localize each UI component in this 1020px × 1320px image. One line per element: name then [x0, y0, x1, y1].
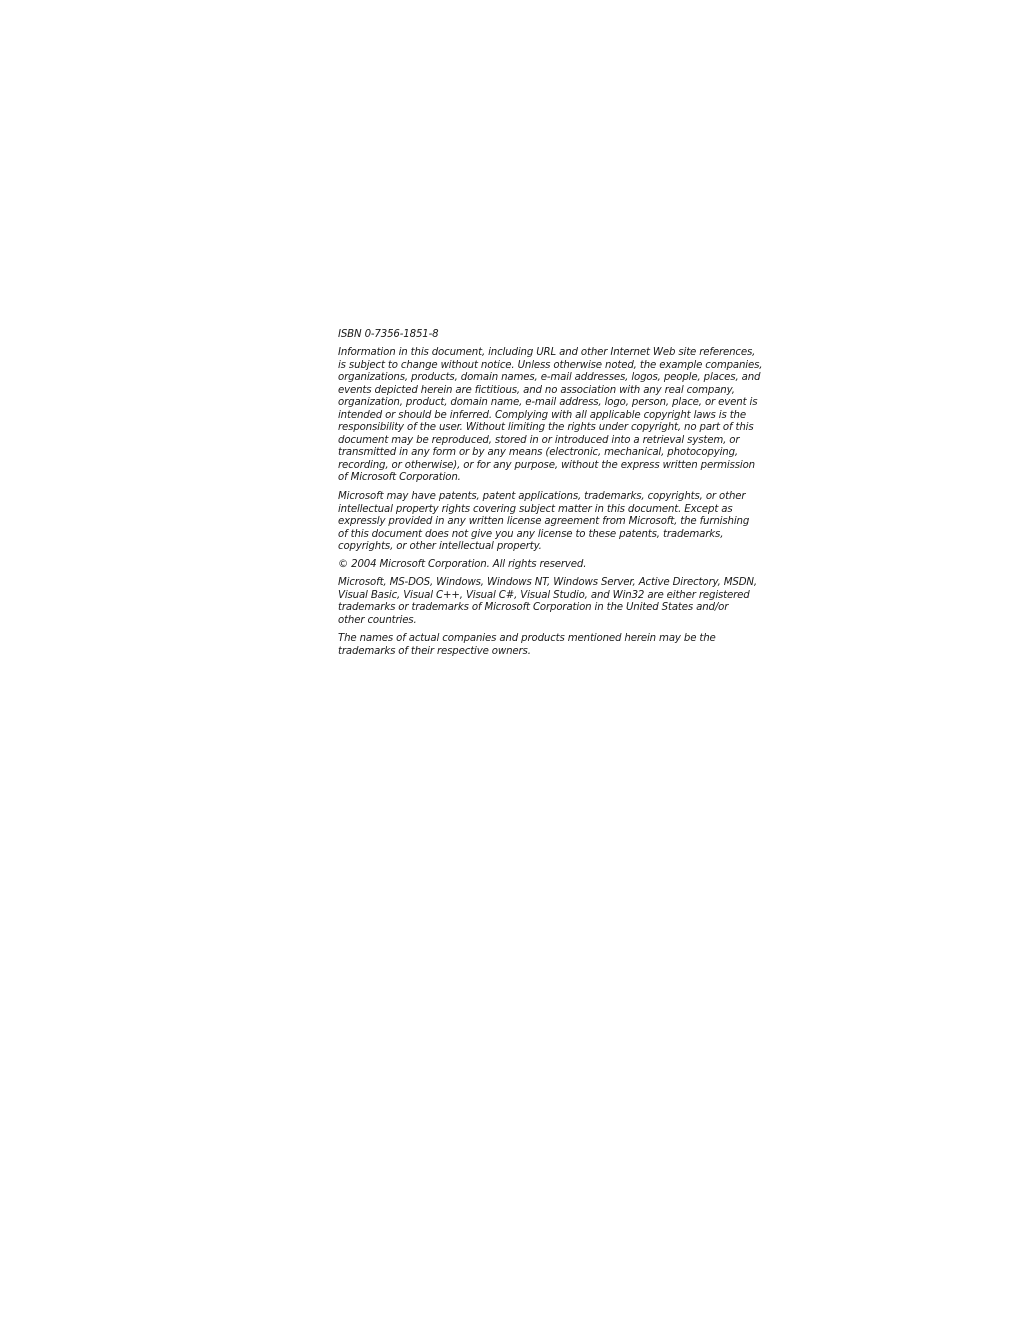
text-line: other countries. [338, 615, 778, 628]
copyright-paragraph: © 2004 Microsoft Corporation. All rights… [338, 559, 778, 572]
text-line: intellectual property rights covering su… [338, 504, 778, 517]
text-line: Microsoft may have patents, patent appli… [338, 491, 778, 504]
text-line: of this document does not give you any l… [338, 529, 778, 542]
text-line: copyrights, or other intellectual proper… [338, 541, 778, 554]
patents-paragraph: Microsoft may have patents, patent appli… [338, 491, 778, 554]
text-line: trademarks of their respective owners. [338, 646, 778, 659]
isbn-text: ISBN 0-7356-1851-8 [338, 329, 778, 342]
third-party-paragraph: The names of actual companies and produc… [338, 633, 778, 658]
isbn-line: ISBN 0-7356-1851-8 [338, 329, 778, 342]
copyright-page: ISBN 0-7356-1851-8 Information in this d… [0, 0, 1020, 1320]
text-line: transmitted in any form or by any means … [338, 447, 778, 460]
text-line: is subject to change without notice. Unl… [338, 360, 778, 373]
trademarks-paragraph: Microsoft, MS-DOS, Windows, Windows NT, … [338, 577, 778, 627]
notice-paragraph: Information in this document, including … [338, 347, 778, 485]
text-line: Visual Basic, Visual C++, Visual C#, Vis… [338, 590, 778, 603]
copyright-text: © 2004 Microsoft Corporation. All rights… [338, 559, 778, 572]
text-line: expressly provided in any written licens… [338, 516, 778, 529]
text-line: recording, or otherwise), or for any pur… [338, 460, 778, 473]
text-line: intended or should be inferred. Complyin… [338, 410, 778, 423]
text-line: Information in this document, including … [338, 347, 778, 360]
text-line: responsibility of the user. Without limi… [338, 422, 778, 435]
text-line: of Microsoft Corporation. [338, 472, 778, 485]
text-line: trademarks or trademarks of Microsoft Co… [338, 602, 778, 615]
text-line: Microsoft, MS-DOS, Windows, Windows NT, … [338, 577, 778, 590]
text-line: document may be reproduced, stored in or… [338, 435, 778, 448]
text-line: events depicted herein are fictitious, a… [338, 385, 778, 398]
text-line: organizations, products, domain names, e… [338, 372, 778, 385]
text-line: The names of actual companies and produc… [338, 633, 778, 646]
text-line: organization, product, domain name, e-ma… [338, 397, 778, 410]
